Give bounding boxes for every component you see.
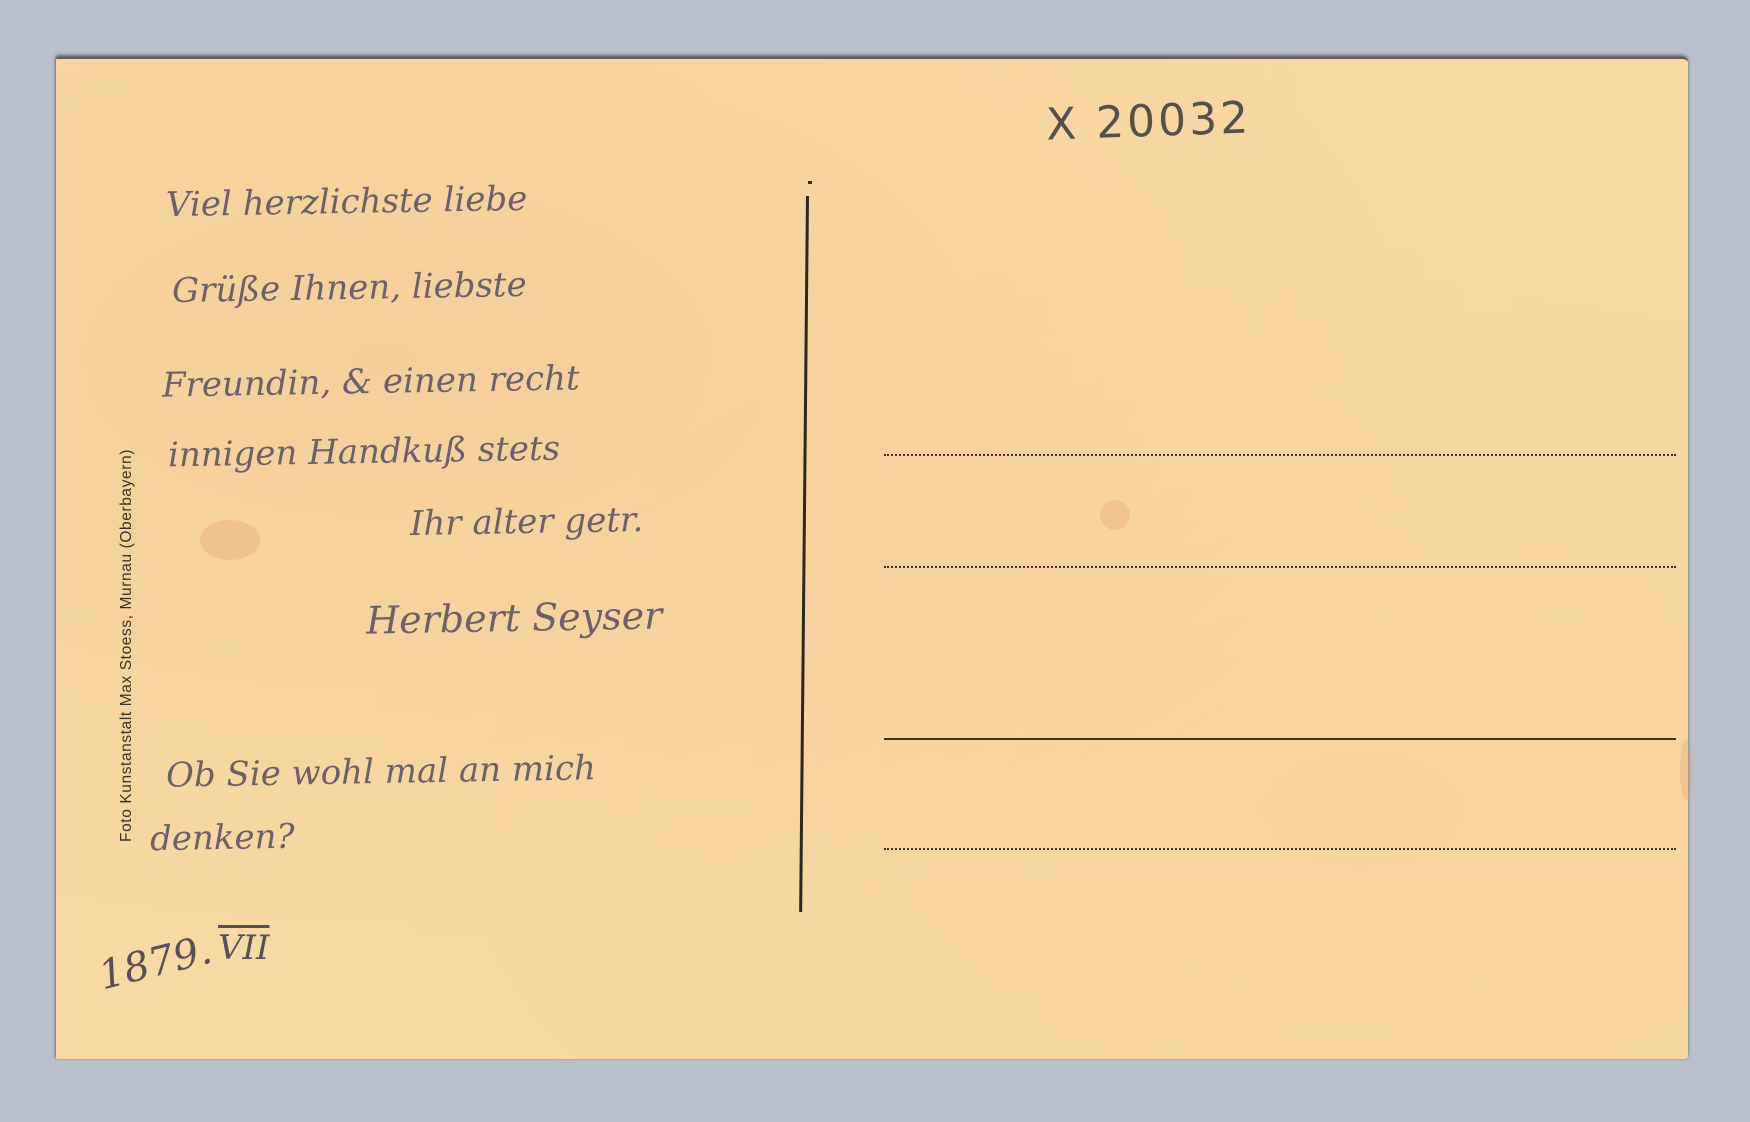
date-month: VII [218, 928, 269, 968]
message-line-3: Freundin, & einen recht [162, 358, 580, 405]
message-line-4: innigen Handkuß stets [168, 429, 561, 476]
publisher-imprint: Foto Kunstanstalt Max Stoess, Murnau (Ob… [118, 449, 136, 842]
reference-number: X 20032 [1045, 92, 1252, 150]
paper-stain [1100, 500, 1130, 530]
signature: Herbert Seyser [366, 593, 663, 642]
paper-stain [1680, 740, 1692, 800]
message-line-7: Ob Sie wohl mal an mich [166, 748, 597, 795]
address-line-1 [884, 454, 1676, 456]
message-line-5: Ihr alter getr. [410, 500, 644, 544]
message-line-1: Viel herzlichste liebe [166, 179, 528, 225]
message-line-2: Grüße Ihnen, liebste [172, 265, 527, 311]
message-line-8: denken? [150, 817, 295, 860]
paper-stain [200, 520, 260, 560]
address-line-2 [884, 566, 1676, 568]
divider-tick [808, 181, 812, 184]
address-line-3 [884, 738, 1676, 740]
address-line-4 [884, 848, 1676, 850]
